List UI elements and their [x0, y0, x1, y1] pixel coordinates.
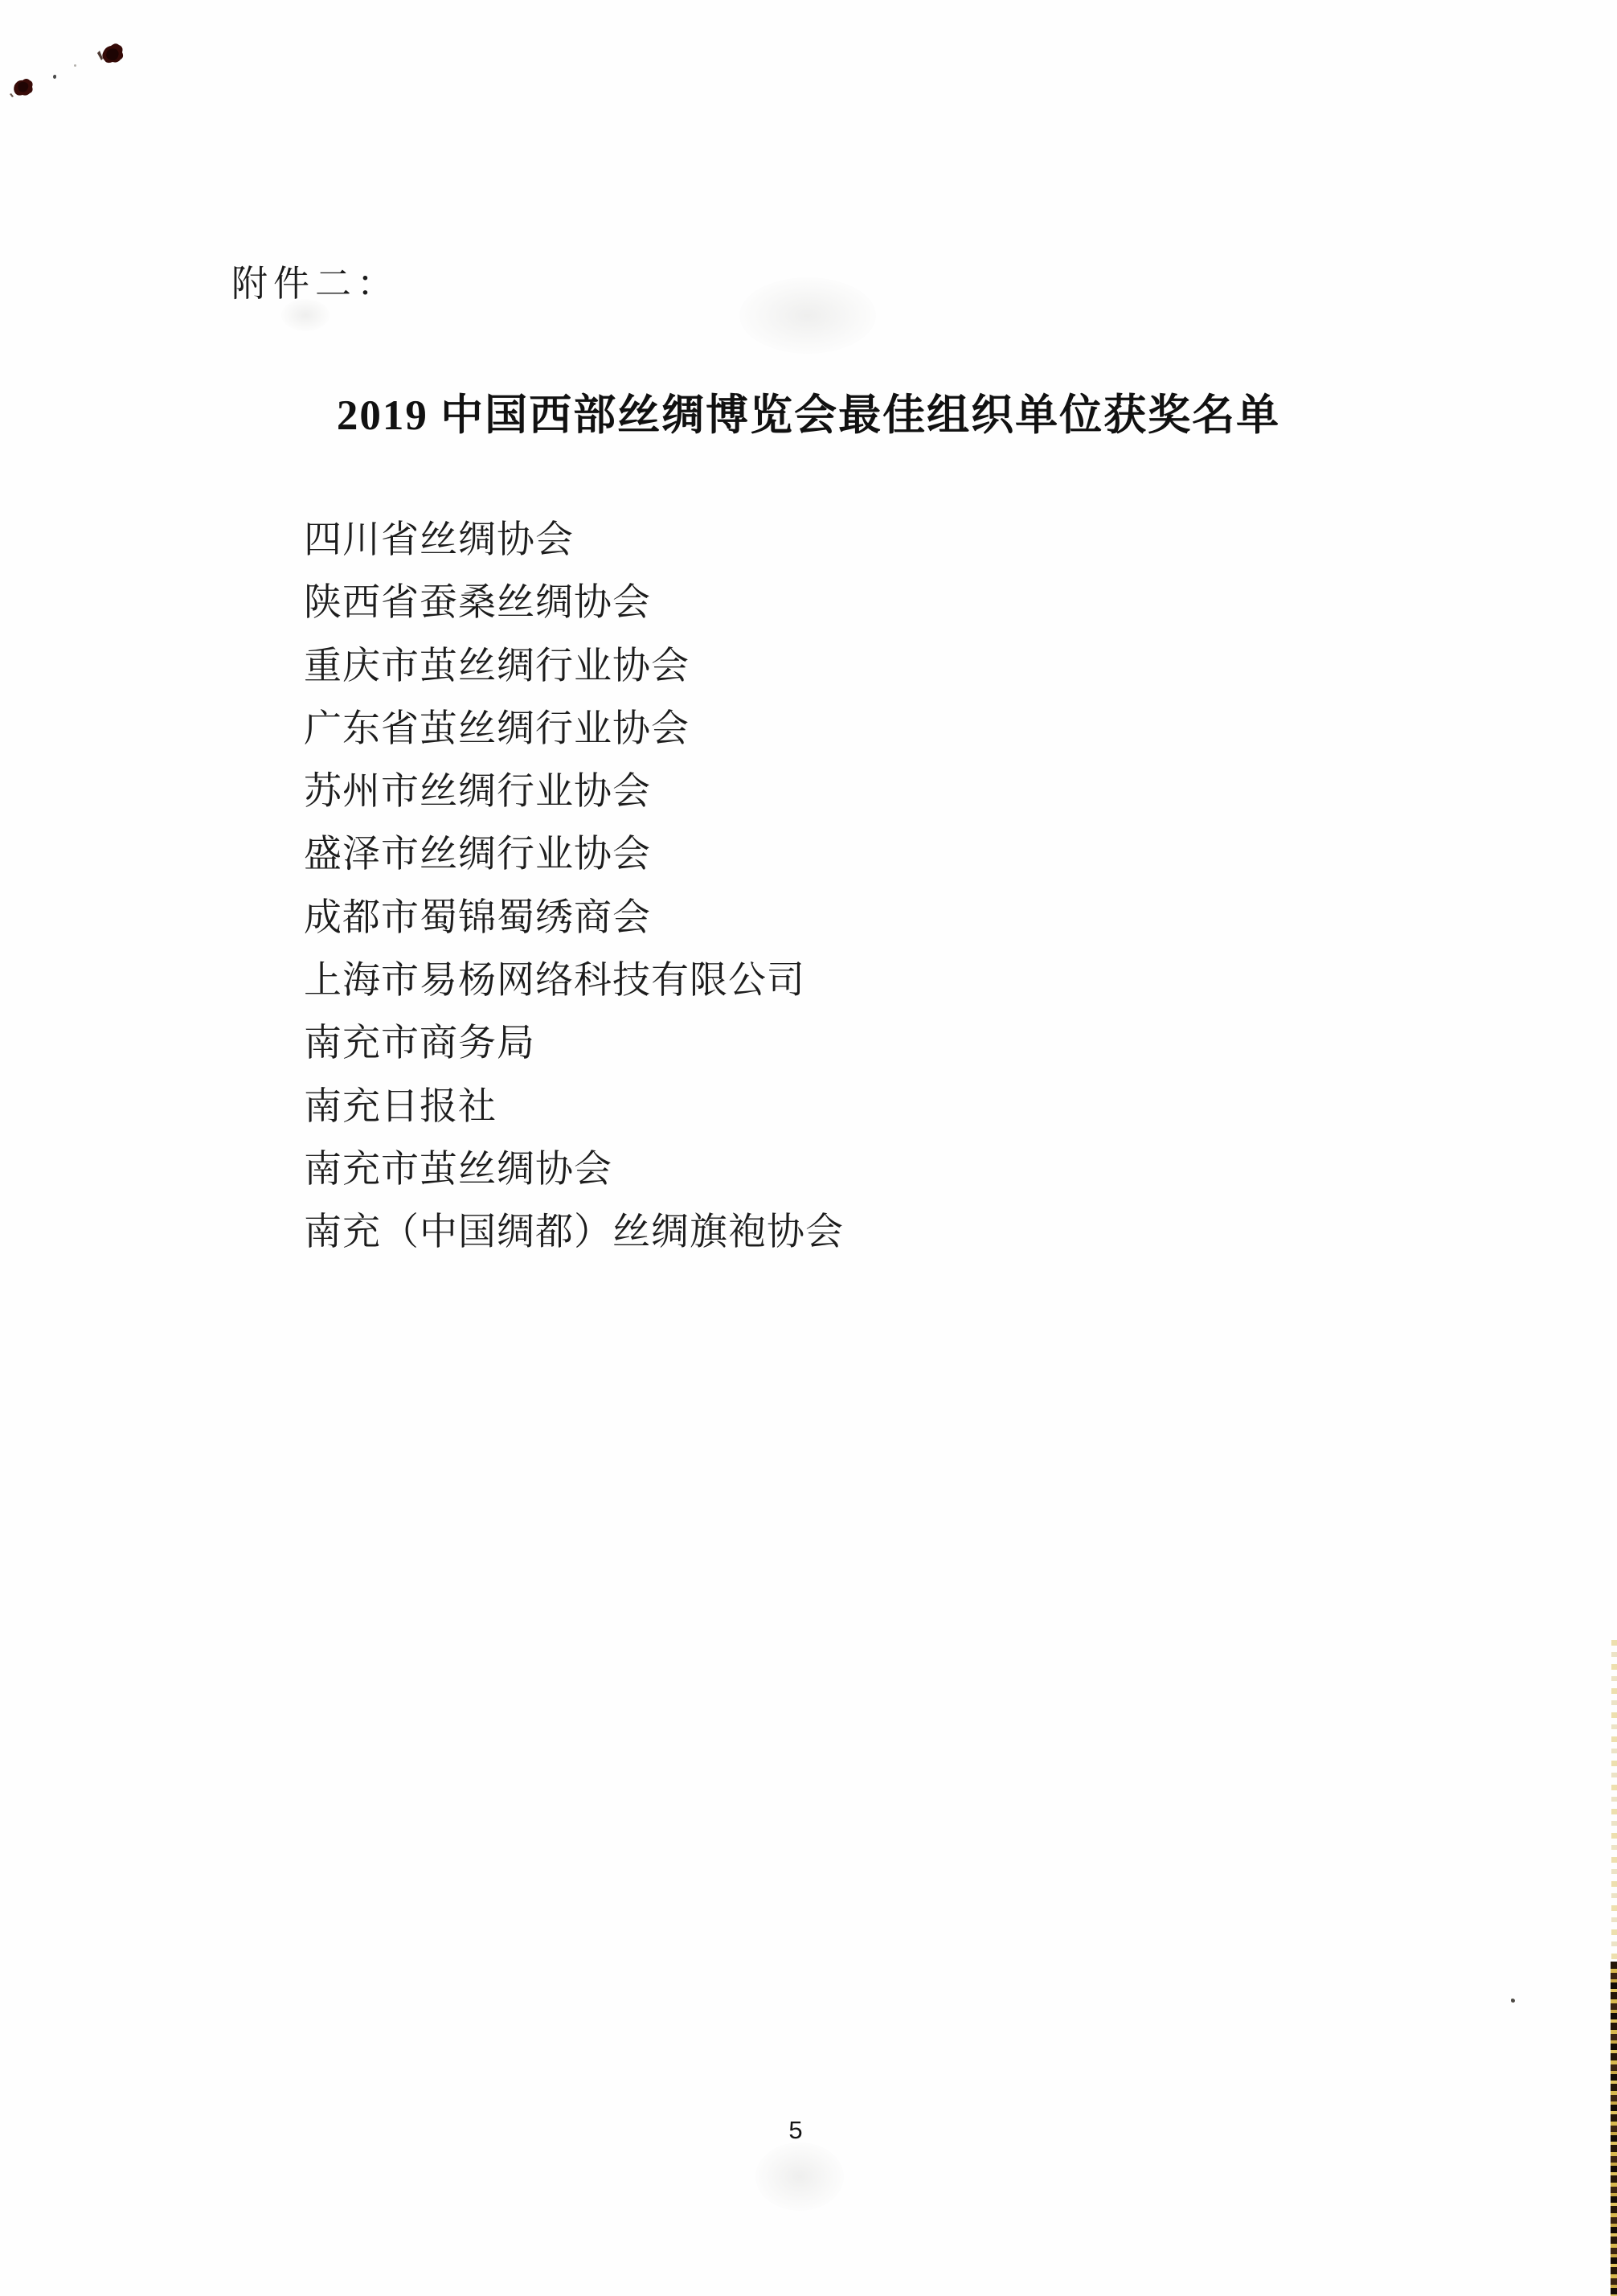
list-item: 上海市易杨网络科技有限公司 — [304, 949, 844, 1012]
ink-smudge-marks — [0, 0, 161, 129]
list-item: 南充（中国绸都）丝绸旗袍协会 — [304, 1201, 844, 1264]
paper-blemish — [755, 2142, 844, 2211]
page-number: 5 — [755, 2116, 836, 2145]
ink-smudge-svg — [0, 0, 161, 129]
dust-speck — [53, 75, 56, 79]
list-item: 陕西省蚕桑丝绸协会 — [304, 572, 844, 634]
list-item: 南充日报社 — [304, 1076, 844, 1138]
list-item: 重庆市茧丝绸行业协会 — [304, 635, 844, 698]
attachment-label: 附件二： — [231, 254, 399, 306]
list-item: 南充市茧丝绸协会 — [304, 1138, 844, 1201]
document-page: 附件二： 2019 中国西部丝绸博览会最佳组织单位获奖名单 四川省丝绸协会陕西省… — [0, 0, 1617, 2296]
dust-speck — [74, 64, 76, 67]
scan-edge-artifact-bottom — [1611, 1962, 1617, 2296]
list-item: 南充市商务局 — [304, 1012, 844, 1075]
paper-blemish — [739, 277, 876, 354]
award-winner-list: 四川省丝绸协会陕西省蚕桑丝绸协会重庆市茧丝绸行业协会广东省茧丝绸行业协会苏州市丝… — [304, 509, 844, 1265]
list-item: 四川省丝绸协会 — [304, 509, 844, 572]
list-item: 苏州市丝绸行业协会 — [304, 761, 844, 823]
list-item: 广东省茧丝绸行业协会 — [304, 698, 844, 761]
dust-speck — [1511, 1999, 1515, 2003]
list-item: 盛泽市丝绸行业协会 — [304, 823, 844, 886]
scan-edge-artifact-top — [1611, 1640, 1617, 1962]
list-item: 成都市蜀锦蜀绣商会 — [304, 887, 844, 949]
document-title: 2019 中国西部丝绸博览会最佳组织单位获奖名单 — [0, 381, 1617, 442]
